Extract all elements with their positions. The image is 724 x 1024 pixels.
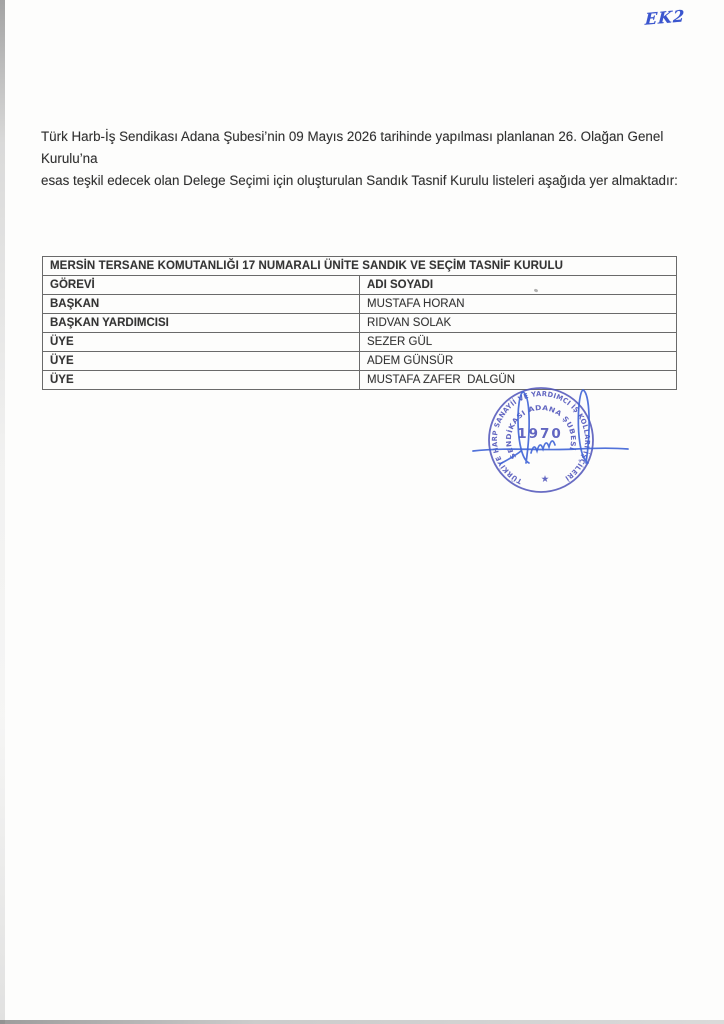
scanned-document-page: EK2 Türk Harb-İş Sendikası Adana Şubesi’… xyxy=(0,0,724,1024)
role-cell: ÜYE xyxy=(43,352,360,371)
role-cell: BAŞKAN YARDIMCISI xyxy=(43,314,360,333)
name-cell: RIDVAN SOLAK xyxy=(360,314,677,333)
name-cell: SEZER GÜL xyxy=(360,333,677,352)
table-row: BAŞKAN YARDIMCISI RIDVAN SOLAK xyxy=(43,314,677,333)
table-title: MERSİN TERSANE KOMUTANLIĞI 17 NUMARALI Ü… xyxy=(43,257,677,276)
scan-edge-left xyxy=(0,0,5,1024)
intro-paragraph: Türk Harb-İş Sendikası Adana Şubesi’nin … xyxy=(41,126,713,191)
name-cell: MUSTAFA HORAN xyxy=(360,295,677,314)
role-cell: ÜYE xyxy=(43,333,360,352)
union-stamp: TÜRKİYE HARP SANAYİİ VE YARDIMCI İŞ KOLL… xyxy=(471,368,641,513)
column-header-gorevi: GÖREVİ xyxy=(43,276,360,295)
role-cell: ÜYE xyxy=(43,371,360,390)
paragraph-line-1: Türk Harb-İş Sendikası Adana Şubesi’nin … xyxy=(41,126,713,170)
table-header-row: GÖREVİ ADI SOYADI xyxy=(43,276,677,295)
table-row: BAŞKAN MUSTAFA HORAN xyxy=(43,295,677,314)
table-row: ÜYE SEZER GÜL xyxy=(43,333,677,352)
role-cell: BAŞKAN xyxy=(43,295,360,314)
handwritten-annotation: EK2 xyxy=(645,6,686,29)
signature-scribble xyxy=(531,441,555,453)
stamp-year: 1970 xyxy=(517,426,563,442)
column-header-adi-soyadi: ADI SOYADI xyxy=(360,276,677,295)
table-title-row: MERSİN TERSANE KOMUTANLIĞI 17 NUMARALI Ü… xyxy=(43,257,677,276)
scan-edge-bottom xyxy=(0,1020,724,1024)
paragraph-line-2: esas teşkil edecek olan Delege Seçimi iç… xyxy=(41,170,713,192)
star-icon: ★ xyxy=(541,474,550,485)
